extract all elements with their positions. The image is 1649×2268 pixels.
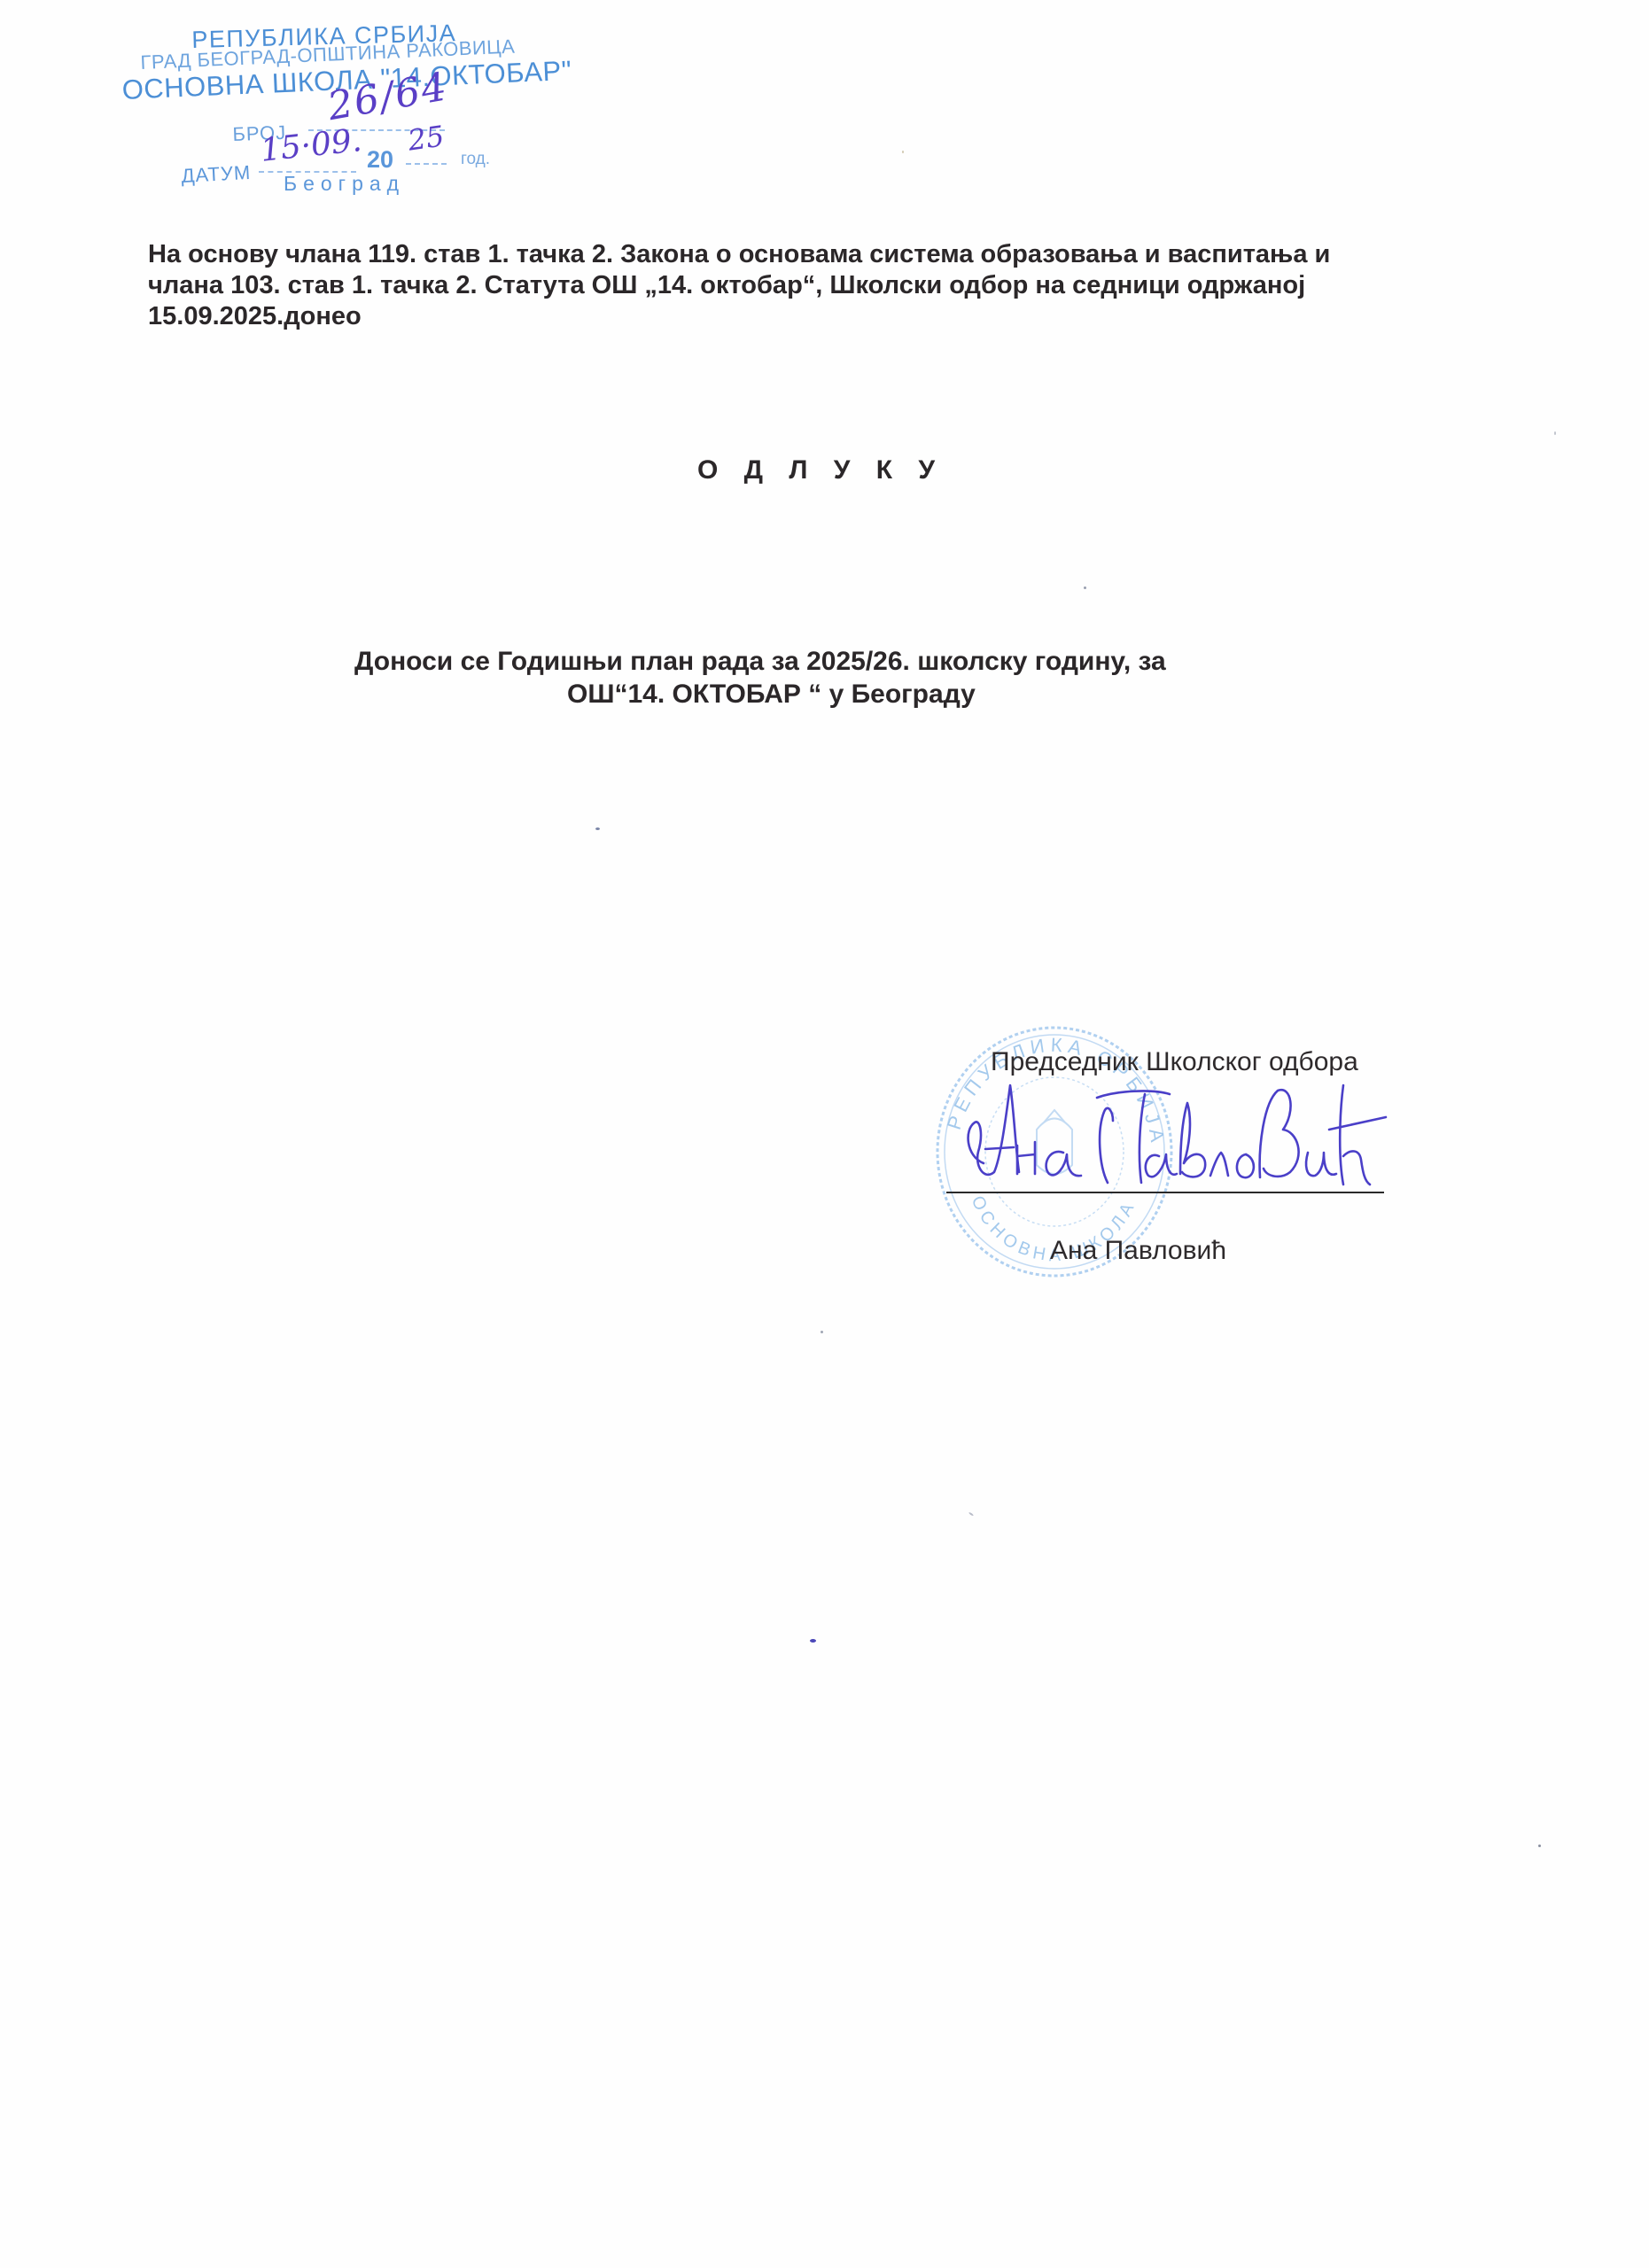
preamble-paragraph: На основу члана 119. став 1. тачка 2. За…: [148, 239, 1330, 332]
preamble-line: На основу члана 119. став 1. тачка 2. За…: [148, 239, 1330, 270]
stamp-year-unit: год.: [461, 150, 490, 169]
document-page: РЕПУБЛИКА СРБИЈА ГРАД БЕОГРАД-ОПШТИНА РА…: [0, 0, 1649, 2268]
preamble-line: 15.09.2025.донео: [148, 301, 1330, 332]
scan-speck: [1554, 431, 1556, 435]
stamp-date-label: ДАТУМ: [181, 161, 252, 188]
scan-speck: [968, 1511, 974, 1516]
scan-speck: [1538, 1845, 1541, 1847]
decision-line-1: Доноси се Годишњи план рада за 2025/26. …: [354, 647, 1166, 677]
scan-speck: [810, 1639, 816, 1643]
document-title: О Д Л У К У: [697, 455, 945, 485]
preamble-line: члана 103. став 1. тачка 2. Статута ОШ „…: [148, 270, 1330, 301]
signatory-name: Ана Павловић: [1050, 1236, 1226, 1266]
scan-speck: [821, 1331, 823, 1333]
stamp-city: Београд: [284, 172, 405, 196]
handwritten-year: 25: [406, 119, 447, 157]
signature-line: [946, 1192, 1384, 1193]
scan-speck: [902, 151, 904, 153]
stamp-year-rule: [406, 163, 447, 165]
stamp-year-prefix: 20: [367, 146, 393, 174]
decision-line-2: ОШ“14. ОКТОБАР “ у Београду: [567, 680, 976, 710]
scan-speck: [595, 827, 600, 830]
handwritten-signature-icon: [948, 1068, 1391, 1196]
scan-speck: [1084, 586, 1086, 589]
